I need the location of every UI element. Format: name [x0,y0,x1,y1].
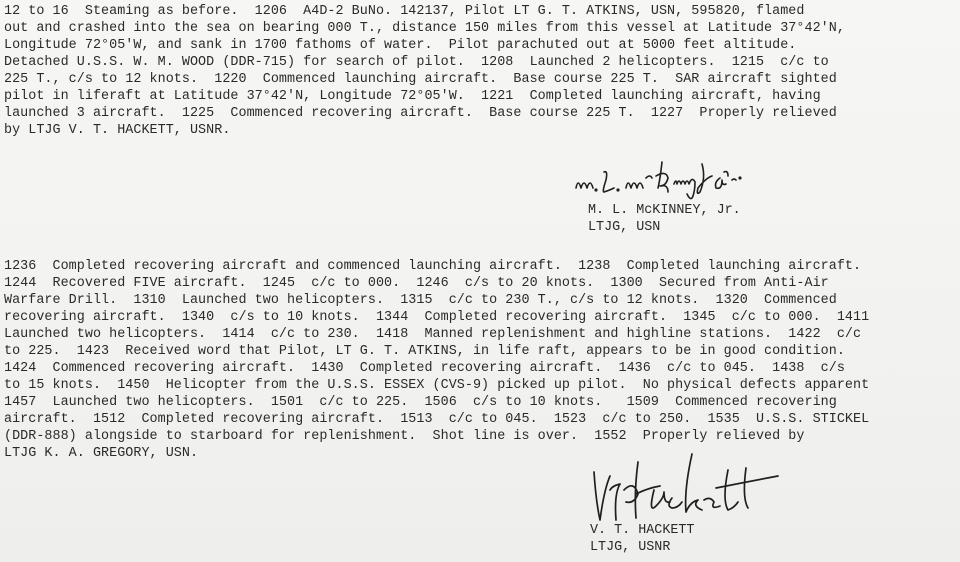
entry2-line-9: 1457 Launched two helicopters. 1501 c/c … [4,394,837,411]
entry2-line-1: 1236 Completed recovering aircraft and c… [4,258,861,275]
entry1-line-8: by LTJG V. T. HACKETT, USNR. [4,122,230,139]
entry1-line-2: out and crashed into the sea on bearing … [4,20,845,37]
entry2-line-4: recovering aircraft. 1340 c/s to 10 knot… [4,309,869,326]
entry1-line-5: 225 T., c/s to 12 knots. 1220 Commenced … [4,71,837,88]
entry2-line-7: 1424 Commenced recovering aircraft. 1430… [4,360,845,377]
entry1-line-1: 12 to 16 Steaming as before. 1206 A4D-2 … [4,3,804,20]
entry2-line-8: to 15 knots. 1450 Helicopter from the U.… [4,377,869,394]
handwritten-signature-mckinney [570,158,790,208]
entry2-line-3: Warfare Drill. 1310 Launched two helicop… [4,292,837,309]
entry2-line-12: LTJG K. A. GREGORY, USN. [4,445,198,462]
signature-rank-hackett: LTJG, USNR [590,539,670,556]
signature-rank-mckinney: LTJG, USN [588,219,660,236]
signature-name-mckinney: M. L. McKINNEY, Jr. [588,202,741,219]
entry1-line-4: Detached U.S.S. W. M. WOOD (DDR-715) for… [4,54,829,71]
entry2-line-10: aircraft. 1512 Completed recovering airc… [4,411,869,428]
signature-block-hackett: V. T. HACKETT LTJG, USNR [588,450,808,560]
entry1-line-7: launched 3 aircraft. 1225 Commenced reco… [4,105,837,122]
log-page: 12 to 16 Steaming as before. 1206 A4D-2 … [0,0,960,562]
entry1-line-3: Longitude 72°05'W, and sank in 1700 fath… [4,37,796,54]
signature-name-hackett: V. T. HACKETT [590,522,694,539]
signature-block-mckinney: M. L. McKINNEY, Jr. LTJG, USN [570,158,790,238]
entry2-line-11: (DDR-888) alongside to starboard for rep… [4,428,804,445]
entry2-line-2: 1244 Recovered FIVE aircraft. 1245 c/c t… [4,275,829,292]
entry1-line-6: pilot in liferaft at Latitude 37°42'N, L… [4,88,821,105]
entry2-line-5: Launched two helicopters. 1414 c/c to 23… [4,326,861,343]
handwritten-signature-hackett [588,450,808,530]
entry2-line-6: to 225. 1423 Received word that Pilot, L… [4,343,845,360]
